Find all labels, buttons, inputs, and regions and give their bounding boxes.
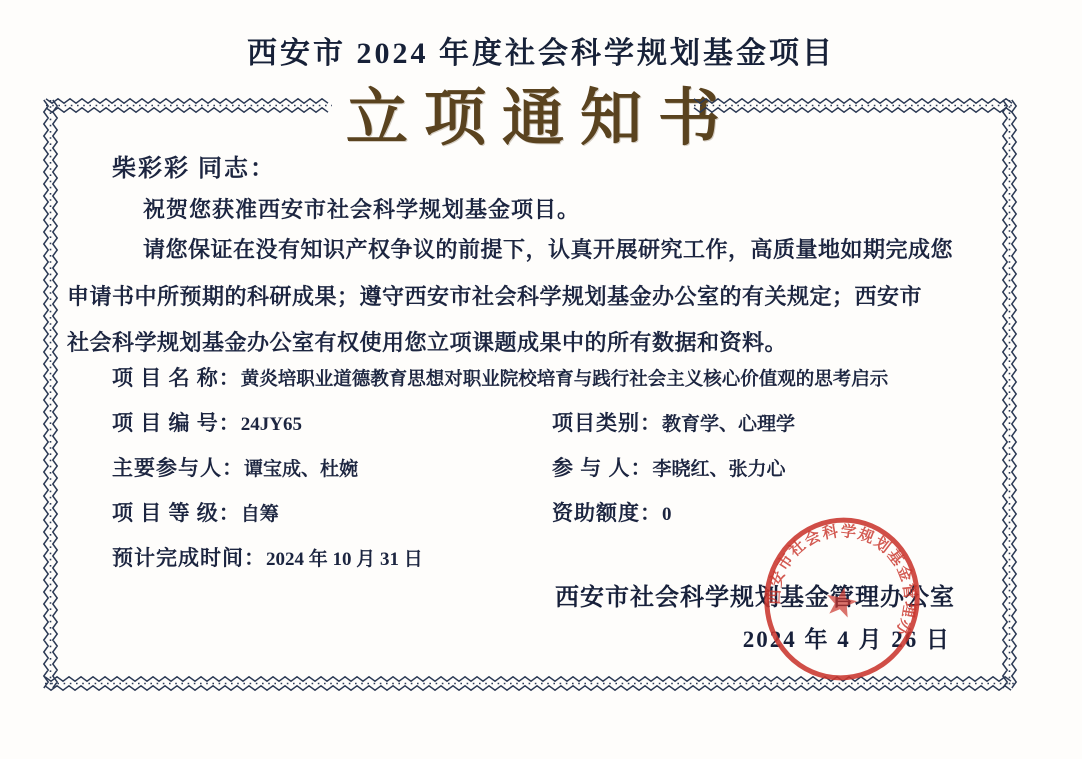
- program-title: 西安市 2024 年度社会科学规划基金项目: [0, 28, 1082, 72]
- salutation: 柴彩彩 同志：: [112, 148, 276, 183]
- funding-amount-label: 资助额度：: [552, 501, 662, 525]
- participants-label: 参 与 人：: [552, 456, 653, 480]
- field-funding-amount: 资助额度：0: [552, 497, 672, 527]
- notice-title: 立项通知书: [0, 68, 1082, 157]
- main-participants-label: 主要参与人：: [112, 456, 244, 480]
- field-project-grade: 项 目 等 级：自筹: [112, 497, 279, 527]
- project-category-label: 项目类别：: [552, 411, 662, 435]
- pledge-line-2: 申请书中所预期的科研成果；遵守西安市社会科学规划基金办公室的有关规定；西安市: [67, 280, 922, 311]
- field-participants: 参 与 人：李晓红、张力心: [552, 452, 786, 482]
- project-name-value: 黄炎培职业道德教育思想对职业院校培育与践行社会主义核心价值观的思考启示: [241, 370, 889, 390]
- pledge-line-1: 请您保证在没有知识产权争议的前提下，认真开展研究工作，高质量地如期完成您: [143, 233, 953, 264]
- expected-completion-label: 预计完成时间：: [112, 546, 266, 570]
- issue-date: 2024 年 4 月 26 日: [743, 621, 951, 654]
- issuing-office: 西安市社会科学规划基金管理办公室: [555, 577, 955, 612]
- project-grade-value: 自筹: [241, 504, 279, 525]
- project-category-value: 教育学、心理学: [662, 414, 795, 435]
- notice-document: 西安市 2024 年度社会科学规划基金项目 立项通知书 柴彩彩 同志： 祝贺您获…: [0, 0, 1082, 759]
- project-name-label: 项 目 名 称：: [112, 366, 241, 390]
- field-project-category: 项目类别：教育学、心理学: [552, 407, 795, 437]
- field-project-name: 项 目 名 称：黄炎培职业道德教育思想对职业院校培育与践行社会主义核心价值观的思…: [112, 362, 888, 392]
- expected-completion-value: 2024 年 10 月 31 日: [266, 549, 423, 570]
- funding-amount-value: 0: [662, 504, 672, 525]
- pledge-line-3: 社会科学规划基金办公室有权使用您立项课题成果中的所有数据和资料。: [67, 326, 787, 357]
- field-project-number: 项 目 编 号：24JY65: [112, 407, 302, 437]
- project-number-value: 24JY65: [241, 414, 302, 435]
- participants-value: 李晓红、张力心: [653, 459, 786, 480]
- field-main-participants: 主要参与人：谭宝成、杜婉: [112, 452, 358, 482]
- project-number-label: 项 目 编 号：: [112, 411, 241, 435]
- field-expected-completion: 预计完成时间：2024 年 10 月 31 日: [112, 542, 423, 572]
- main-participants-value: 谭宝成、杜婉: [244, 459, 358, 480]
- project-grade-label: 项 目 等 级：: [112, 501, 241, 525]
- seal-text: 西安市社会科学规划基金管理办公室: [744, 499, 938, 640]
- congrats-line: 祝贺您获准西安市社会科学规划基金项目。: [143, 193, 580, 224]
